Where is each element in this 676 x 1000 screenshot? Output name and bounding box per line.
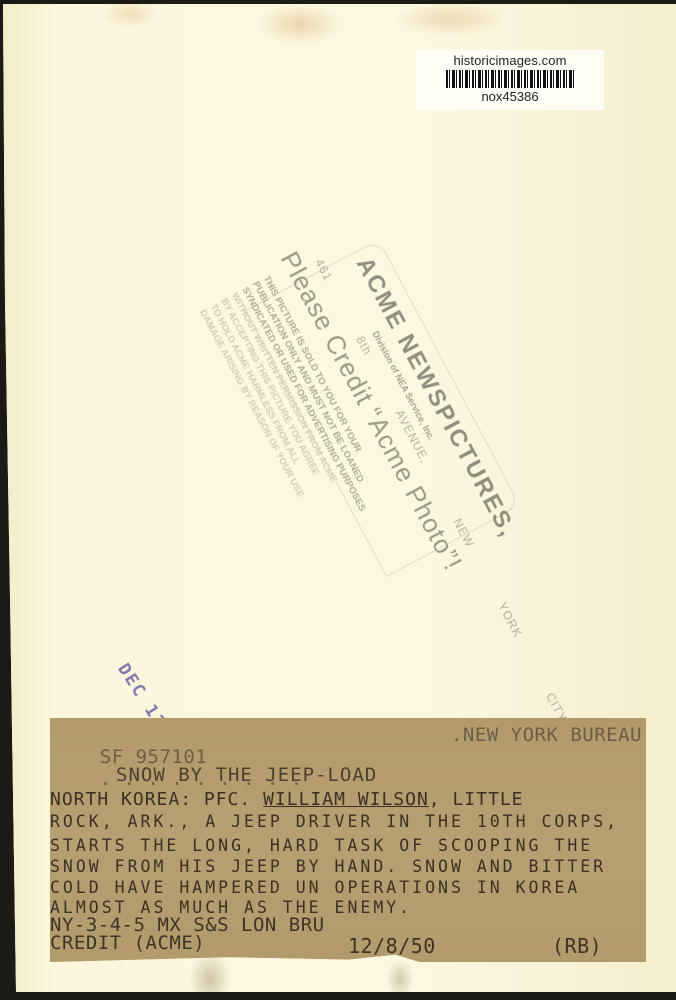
caption-headline: SNOW BY THE JEEP-LOAD	[116, 764, 377, 786]
caption-body-line: STARTS THE LONG, HARD TASK OF SCOOPING T…	[50, 836, 593, 855]
caption-label: SF 957101 . . . . . . . . . .NEW YORK BU…	[50, 718, 646, 962]
barcode-id-text: nox45386	[481, 89, 538, 104]
barcode-icon	[446, 70, 574, 88]
caption-body-line: ROCK, ARK., A JEEP DRIVER IN THE 10TH CO…	[50, 812, 619, 831]
barcode-site-text: historicimages.com	[453, 53, 566, 68]
caption-date: 12/8/50	[348, 934, 436, 958]
caption-initials: (RB)	[552, 934, 602, 958]
bureau-name: .NEW YORK BUREAU	[451, 724, 642, 746]
underlined-name: WILLIAM WILSON	[263, 789, 429, 810]
caption-body-line: SNOW FROM HIS JEEP BY HAND. SNOW AND BIT…	[50, 857, 606, 876]
caption-body-line: COLD HAVE HAMPERED UN OPERATIONS IN KORE…	[50, 878, 580, 897]
caption-body-line: NORTH KOREA: PFC. WILLIAM WILSON, LITTLE	[50, 789, 524, 810]
caption-credit: CREDIT (ACME)	[50, 932, 205, 954]
barcode-label: historicimages.com nox45386	[416, 50, 604, 110]
